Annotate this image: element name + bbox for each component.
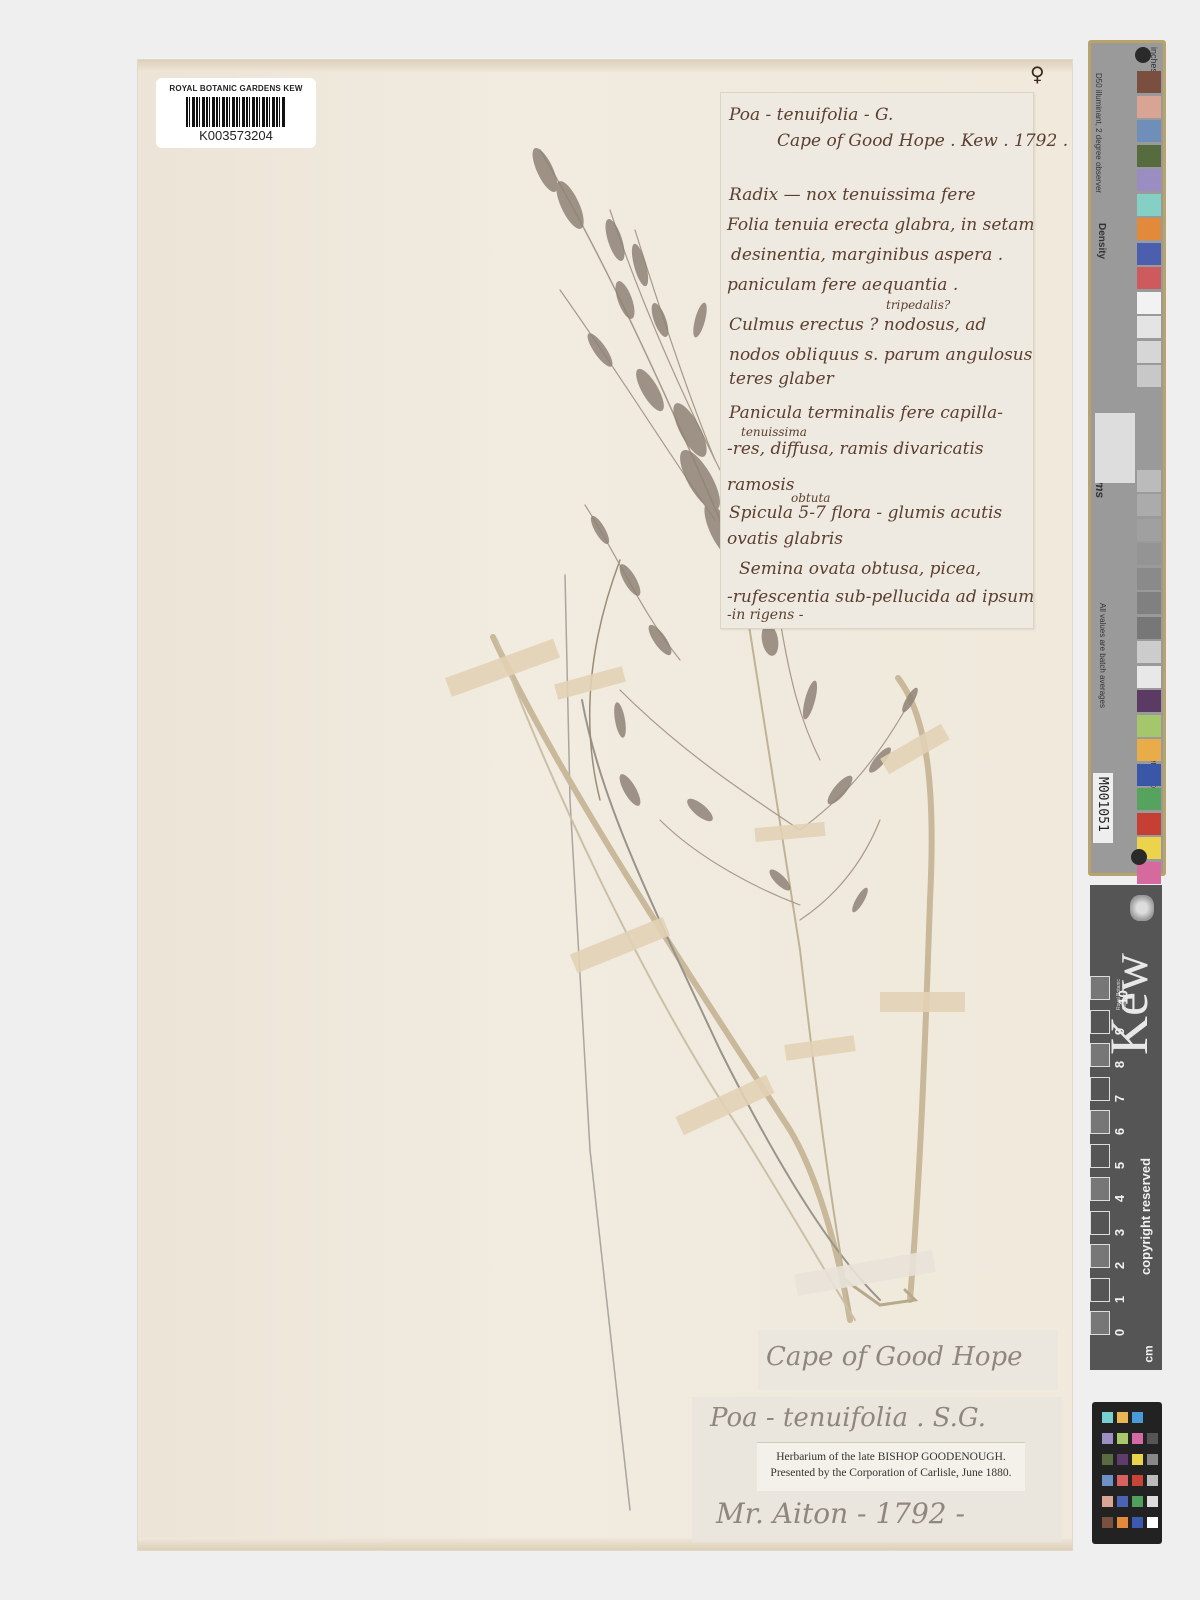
note-line: Panicula terminalis fere capilla- [729,403,1003,423]
chart-side-label: D50 illuminant, 2 degree observer [1094,73,1103,193]
color-swatch [1137,813,1161,835]
color-swatch [1137,494,1161,516]
scale-segment [1090,976,1110,1000]
note-line: Semina ovata obtusa, picea, [739,559,981,579]
color-swatch [1137,764,1161,786]
note-insertion: tenuissima [741,425,807,439]
scale-segment [1090,1144,1110,1168]
color-swatch [1137,788,1161,810]
scale-tick-label: 10 [1116,990,1131,1004]
color-swatch [1137,218,1161,240]
color-swatch [1137,243,1161,265]
inches-label: inches [1149,47,1159,73]
scale-tick-label: 0 [1112,1329,1127,1336]
calibration-patch [1117,1454,1128,1465]
chart-footer-note: All values are batch averages [1098,603,1107,708]
color-swatch [1137,592,1161,614]
calibration-patch [1132,1412,1143,1423]
calibration-patch [1117,1496,1128,1507]
color-swatch [1137,617,1161,639]
scale-segment [1090,1110,1110,1134]
scale-tick-label: 9 [1112,1027,1127,1034]
calibration-patch [1102,1433,1113,1444]
calibration-patch [1117,1475,1128,1486]
note-line: -in rigens - [727,607,803,623]
color-swatch [1137,120,1161,142]
scale-segment [1090,1211,1110,1235]
scale-tick-label: 3 [1112,1228,1127,1235]
species-name-text: Poa - tenuifolia . S.G. [710,1403,986,1433]
color-swatch [1137,519,1161,541]
chart-id-label: M001051 [1093,773,1113,843]
calibration-patch [1132,1433,1143,1444]
color-swatch [1137,316,1161,338]
calibration-patch [1102,1412,1113,1423]
note-line: Poa - tenuifolia - G. [729,105,893,125]
note-line: -res, diffusa, ramis divaricatis [727,439,984,459]
calibration-patch [1132,1517,1143,1528]
chart-hole-icon [1131,849,1147,865]
printed-line-1: Herbarium of the late BISHOP GOODENOUGH. [757,1449,1025,1465]
note-line: nodos obliquus s. parum angulosus [729,345,1032,365]
royal-crest-icon [1130,895,1154,921]
note-line: ramosis [727,475,795,495]
color-swatch [1137,690,1161,712]
scale-tick-label: 8 [1112,1061,1127,1068]
collector-text: Mr. Aiton - 1792 - [716,1497,965,1530]
scale-tick-label: 6 [1112,1128,1127,1135]
color-swatch [1137,470,1161,492]
kew-scale-bar: Kew Royal Botanic Gardens copyright rese… [1090,885,1162,1370]
calibration-patch [1147,1496,1158,1507]
scale-tick-label: 7 [1112,1094,1127,1101]
scale-tick-label: 2 [1112,1262,1127,1269]
note-line: desinentia, marginibus aspera . [731,245,1003,265]
color-swatch [1137,71,1161,93]
color-calibration-card [1092,1402,1162,1544]
note-line: Culmus erectus ? nodosus, ad [729,315,986,335]
color-swatch [1137,292,1161,314]
scale-segment [1090,1043,1110,1067]
calibration-patch [1132,1475,1143,1486]
note-line: teres glaber [729,369,834,389]
calibration-patch [1132,1454,1143,1465]
scale-tick-label: 5 [1112,1161,1127,1168]
color-swatch [1137,96,1161,118]
locality-label: Cape of Good Hope [758,1330,1058,1390]
color-swatch [1137,666,1161,688]
locality-text: Cape of Good Hope [766,1342,1023,1372]
gray-target-icon [1095,413,1135,483]
printed-line-2: Presented by the Corporation of Carlisle… [757,1465,1025,1481]
note-line: -rufescentia sub-pellucida ad ipsum [727,587,1034,607]
scale-tick-label: 1 [1112,1295,1127,1302]
handwritten-description-label: Poa - tenuifolia - G. Cape of Good Hope … [720,92,1034,629]
scale-segment [1090,1010,1110,1034]
color-swatch [1137,267,1161,289]
calibration-patch [1147,1454,1158,1465]
color-swatch [1137,543,1161,565]
color-swatch [1137,641,1161,663]
note-line: ovatis glabris [727,529,843,549]
note-line: paniculam fere aequantia . [727,275,958,295]
copyright-text: copyright reserved [1138,1158,1153,1275]
scale-segment [1090,1077,1110,1101]
calibration-patch [1102,1454,1113,1465]
cm-unit-label: cm [1142,1345,1156,1362]
scale-segment [1090,1244,1110,1268]
note-line: Spicula 5-7 flora - glumis acutis [729,503,1002,523]
color-swatch [1137,365,1161,387]
calibration-patch [1132,1496,1143,1507]
calibration-patch [1102,1517,1113,1528]
note-line: Radix — nox tenuissima fere [729,185,976,205]
note-insertion: tripedalis? [886,298,950,312]
calibration-patch [1117,1517,1128,1528]
color-swatch [1137,341,1161,363]
calibration-patch [1147,1517,1158,1528]
scale-segment [1090,1311,1110,1335]
scale-segment [1090,1177,1110,1201]
calibration-patch [1147,1412,1158,1423]
calibration-patch [1147,1433,1158,1444]
scale-tick-label: 4 [1112,1195,1127,1202]
printed-herbarium-label: Herbarium of the late BISHOP GOODENOUGH.… [757,1442,1025,1491]
color-swatch [1137,145,1161,167]
calibration-patch [1117,1412,1128,1423]
color-swatch [1137,739,1161,761]
scale-segment [1090,1278,1110,1302]
color-calibration-chart: D50 illuminant, 2 degree observer Densit… [1088,40,1166,876]
color-swatch [1137,568,1161,590]
note-line: Cape of Good Hope . Kew . 1792 . [777,131,1068,151]
color-swatch [1137,715,1161,737]
color-swatch [1137,194,1161,216]
color-swatch [1137,169,1161,191]
note-line: Folia tenuia erecta glabra, in setam [727,215,1035,235]
calibration-patch [1102,1496,1113,1507]
calibration-patch [1147,1475,1158,1486]
calibration-patch [1102,1475,1113,1486]
calibration-patch [1117,1433,1128,1444]
density-label: Density [1096,223,1107,259]
